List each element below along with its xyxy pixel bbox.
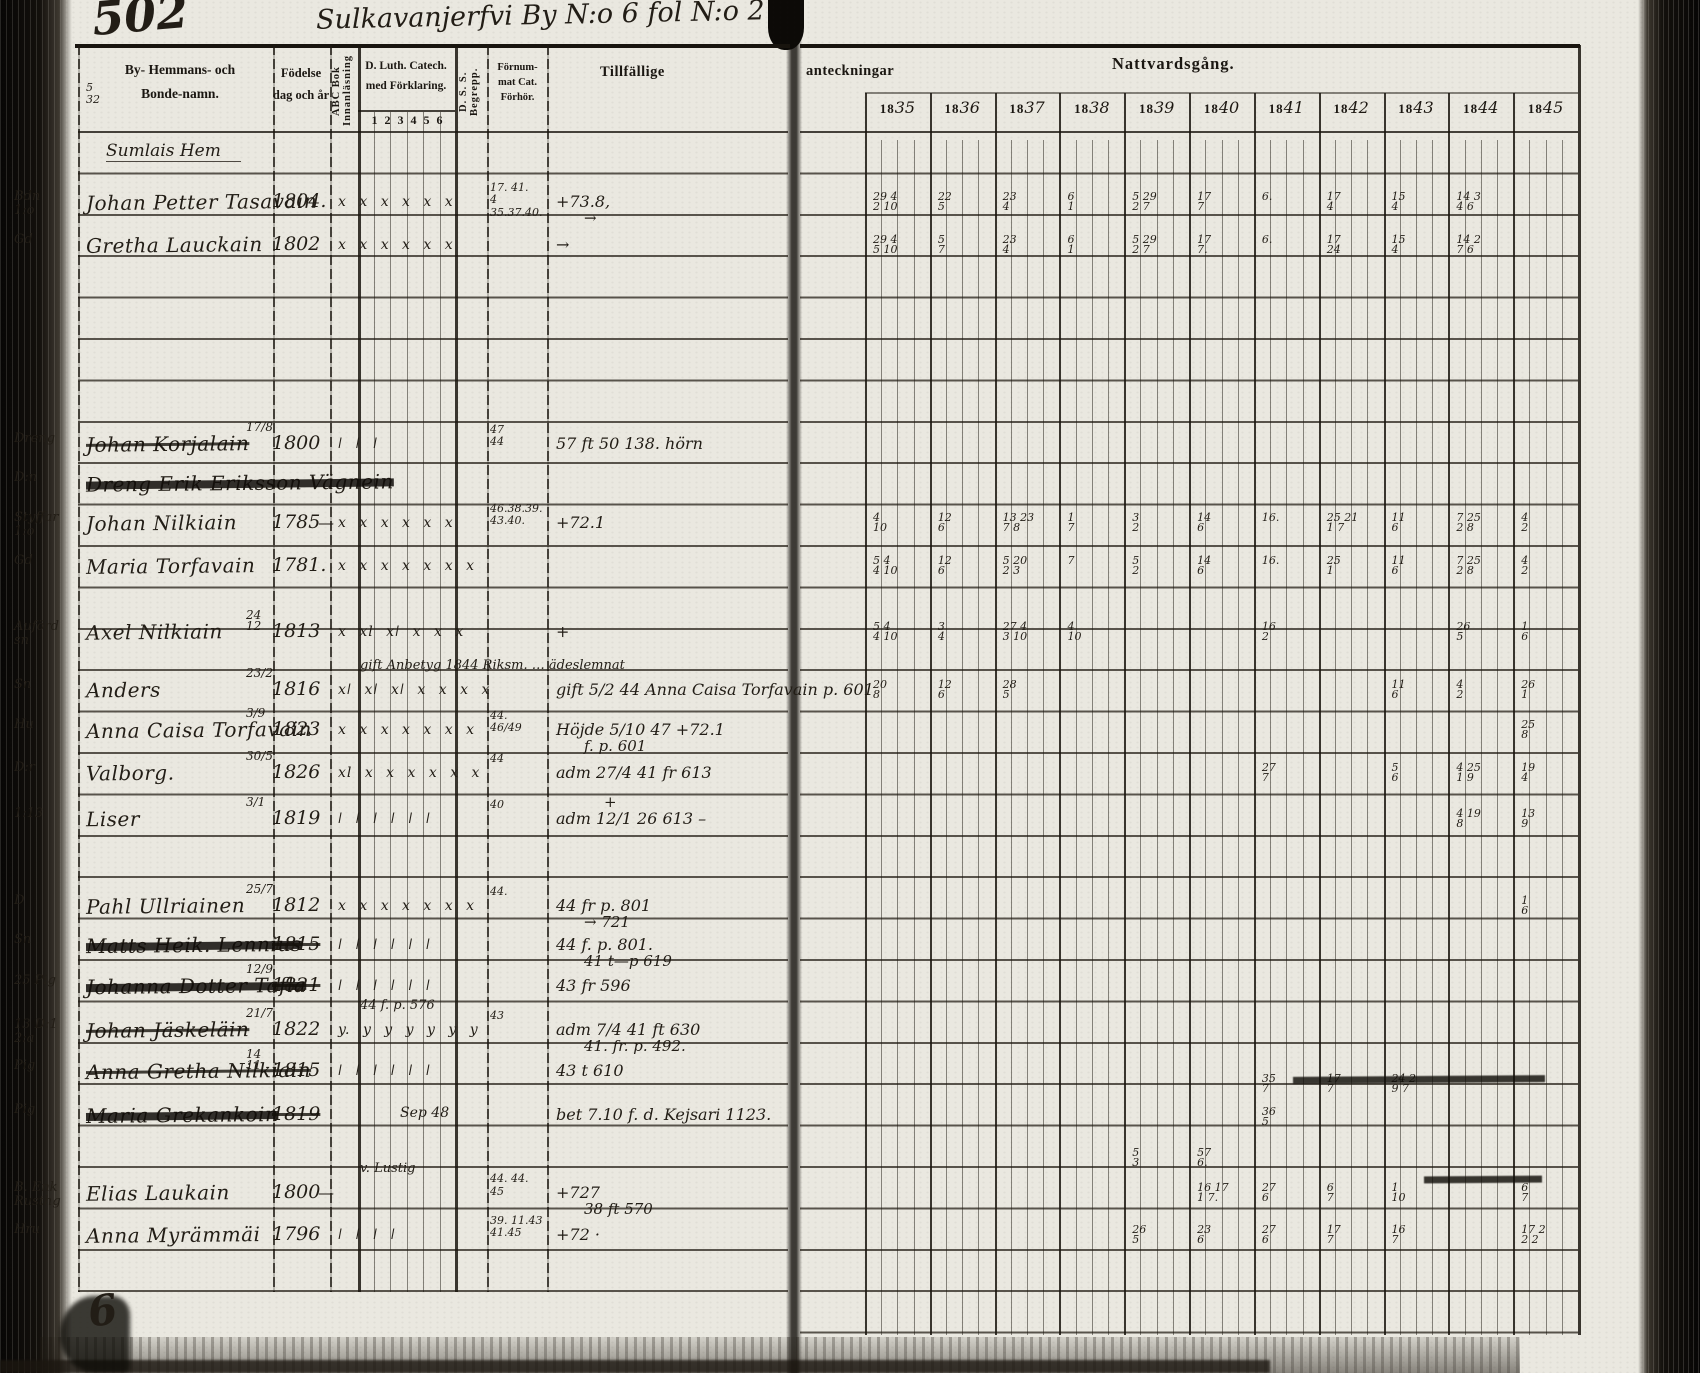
entry-margin-label: Auförd sn <box>14 620 82 648</box>
communion-date-mark: 1 7 <box>1067 513 1074 533</box>
year-subcolumn-line <box>1238 140 1239 1335</box>
communion-date-mark: 7 25 2 8 <box>1456 513 1481 533</box>
communion-date-mark: 17 24 <box>1327 235 1341 255</box>
year-label-print: 18 <box>880 101 895 116</box>
entry-note-above: 44 f. p. 576 <box>360 998 435 1013</box>
entry-birth-fraction: 3/9 <box>246 708 265 719</box>
year-label: 1840 <box>1189 98 1254 118</box>
entry-birth-year: 1826 <box>272 761 320 783</box>
year-subcolumn-line <box>1303 140 1304 1335</box>
year-column-line <box>930 93 932 1335</box>
entry-catechism-marks: ǀ ǀ ǀ <box>338 436 488 452</box>
communion-date-mark: 4 19 8 <box>1456 809 1481 829</box>
entry-catechism-marks: ǀ ǀ ǀ ǀ ǀ ǀ <box>338 1063 488 1079</box>
communion-date-mark: 5 7 <box>938 235 945 255</box>
scanned-ledger-page: 502 Sulkavanjerfvi By N:o 6 fol N:o 2 By… <box>0 0 1700 1373</box>
communion-date-mark: 29 4 5 10 <box>873 235 898 255</box>
entry-note: +72.1 <box>556 513 605 532</box>
communion-date-mark: 4 10 <box>1067 622 1081 642</box>
communion-date-mark: 27 6 <box>1262 1225 1276 1245</box>
year-label-script: 44 <box>1478 98 1498 117</box>
entry-name: Matts Heik. Lennius <box>86 932 302 958</box>
year-label: 1842 <box>1319 98 1384 118</box>
entry-note: adm 12/1 26 613 – <box>556 809 706 828</box>
entry-birth-year: 1821 <box>272 974 320 996</box>
communion-date-mark: 12 6 <box>938 680 952 700</box>
entry-margin-label: Gd <box>14 233 82 247</box>
year-subcolumn-line <box>1400 140 1401 1335</box>
entry-name: Dreng Erik Eriksson Vägnein <box>86 470 394 497</box>
entry-forhor-years: 39. 11.43 41.45 <box>490 1215 552 1240</box>
entry-note: 43 t 610 <box>556 1061 624 1080</box>
communion-date-mark: 4 10 <box>873 513 887 533</box>
entry-birth-fraction: 21/7 <box>246 1008 273 1019</box>
entry-note: 43 fr 596 <box>556 976 631 995</box>
communion-date-mark: 25 8 <box>1521 720 1535 740</box>
communion-date-mark: 16 7 <box>1392 1225 1406 1245</box>
entry-margin-label: D:n <box>14 471 82 485</box>
year-label-print: 18 <box>1074 101 1089 116</box>
communion-date-mark: 27 7 <box>1262 763 1276 783</box>
communion-date-mark: 6. <box>1262 192 1273 202</box>
year-subcolumn-line <box>1335 140 1336 1335</box>
entry-name: Liser <box>86 806 140 831</box>
year-label-print: 18 <box>1269 101 1284 116</box>
entry-note-second-line: f. p. 601 <box>584 737 646 755</box>
entry-birth-year: 1813 <box>272 620 320 642</box>
year-subcolumn-line <box>1027 140 1028 1335</box>
communion-date-mark: 3 4 <box>938 622 945 642</box>
entry-name: Anna Myrämmäi <box>86 1222 261 1248</box>
communion-date-mark: 14 2 7 6 <box>1456 235 1481 255</box>
entry-catechism-marks: x x x x x x <box>338 194 488 210</box>
entry-catechism-marks: xl x x x x x x <box>338 765 488 781</box>
year-label-print: 18 <box>945 101 960 116</box>
entry-forhor-years: 46.38.39. 43.40. <box>490 503 552 528</box>
entry-birth-year: 1822 <box>272 1018 320 1040</box>
communion-date-mark: 20 8 <box>873 680 887 700</box>
year-subcolumn-line <box>1351 140 1352 1335</box>
communion-date-mark: 27 6 <box>1262 1183 1276 1203</box>
communion-date-mark: 17 2 2 2 <box>1521 1225 1546 1245</box>
entry-forhor-years: 40 <box>490 799 552 812</box>
entry-name: Gretha Lauckain <box>86 232 263 258</box>
year-subcolumn-line <box>1076 140 1077 1335</box>
entry-abc-mark: — <box>318 1183 334 1202</box>
year-label-script: 39 <box>1154 98 1174 117</box>
communion-date-mark: 26 5 <box>1132 1225 1146 1245</box>
communion-date-mark: 1 10 <box>1392 1183 1406 1203</box>
entry-name: Axel Nilkiain <box>86 620 223 645</box>
entry-note-second-line: → <box>584 209 597 227</box>
communion-date-mark: 22 5 <box>938 192 952 212</box>
communion-date-mark: 5 29 2 7 <box>1132 235 1157 255</box>
entry-margin-label: Sn <box>14 678 82 692</box>
communion-date-mark: 7 <box>1067 556 1074 566</box>
year-label-script: 45 <box>1543 98 1563 117</box>
entry-margin-label: Dreng <box>14 432 82 446</box>
entry-catechism-marks: ǀ ǀ ǀ ǀ ǀ ǀ <box>338 978 488 994</box>
year-label: 1836 <box>930 98 995 118</box>
communion-date-mark: 13 23 7 8 <box>1003 513 1035 533</box>
entry-birth-year: 1819 <box>272 1103 320 1125</box>
entry-margin-label: D <box>14 894 82 908</box>
entry-note-above: gift Anbetyg 1844 Riksm. … ädeslemnat <box>360 658 625 673</box>
entry-note: +72 · <box>556 1225 600 1244</box>
year-label-print: 18 <box>1009 101 1024 116</box>
entry-birth-year: 1819 <box>272 807 320 829</box>
year-subcolumn-line <box>962 140 963 1335</box>
entry-note: bet 7.10 f. d. Kejsari 1123. <box>556 1105 771 1124</box>
year-subcolumn-line <box>1270 140 1271 1335</box>
year-subcolumn-line <box>978 140 979 1335</box>
communion-date-mark: 19 4 <box>1521 763 1535 783</box>
communion-date-mark: 57 6. <box>1197 1148 1211 1168</box>
year-subcolumn-line <box>1043 140 1044 1335</box>
communion-date-mark: 16 2 <box>1262 622 1276 642</box>
communion-date-mark: 13 9 <box>1521 809 1535 829</box>
year-column-line <box>1384 93 1386 1335</box>
communion-date-mark: 28 5 <box>1003 680 1017 700</box>
entry-note: gift 5/2 44 Anna Caisa Torfavain p. 601 <box>556 680 874 699</box>
entry-birth-year: 1785 <box>272 511 320 533</box>
year-column-line <box>1513 93 1515 1335</box>
year-label: 1839 <box>1124 98 1189 118</box>
year-label: 1843 <box>1384 98 1449 118</box>
entry-name: Maria Torfavain <box>86 553 256 579</box>
communion-date-mark: 11 6 <box>1392 680 1406 700</box>
entry-birth-year: 1781. <box>272 554 326 576</box>
communion-date-mark: 11 6 <box>1392 556 1406 576</box>
year-label: 1835 <box>865 98 930 118</box>
entry-note: → <box>556 235 569 254</box>
entry-margin-label: Bdn 1:o <box>14 190 82 218</box>
communion-date-mark: 11 6 <box>1392 513 1406 533</box>
communion-date-mark: 5 29 2 7 <box>1132 192 1157 212</box>
year-label-print: 18 <box>1528 101 1543 116</box>
entry-margin-label: Sn <box>14 933 82 947</box>
year-column-line <box>1254 93 1256 1335</box>
entry-birth-year: 1812 <box>272 894 320 916</box>
communion-date-mark: 15 4 <box>1392 192 1406 212</box>
year-subcolumn-line <box>1092 140 1093 1335</box>
year-subcolumn-line <box>1173 140 1174 1335</box>
entry-catechism-marks: x xl xǀ x x x <box>338 624 488 640</box>
communion-date-mark: 6 1 <box>1067 235 1074 255</box>
communion-date-mark: 27 4 3 10 <box>1003 622 1028 642</box>
entry-margin-label: 1:13 <box>14 807 82 821</box>
entry-birth-year: 1800 <box>272 432 320 454</box>
entry-margin-label: Styffar 1:o <box>14 511 82 539</box>
communion-date-mark: 15 4 <box>1392 235 1406 255</box>
year-subcolumn-line <box>1465 140 1466 1335</box>
communion-date-mark: 6. <box>1262 235 1273 245</box>
entry-margin-label: 13 D:1 2:a <box>14 1018 82 1046</box>
communion-date-mark: 5 4 4 10 <box>873 556 898 576</box>
year-column-line <box>1578 45 1581 1335</box>
communion-date-mark: 5 20 2 3 <box>1003 556 1028 576</box>
entry-catechism-note: Sep 48 <box>400 1105 449 1121</box>
year-column-line <box>1124 93 1126 1335</box>
year-column-line <box>995 93 997 1335</box>
year-label-script: 37 <box>1024 98 1044 117</box>
entry-note-above: v. Lustig <box>360 1161 415 1176</box>
communion-date-mark: 6 7 <box>1327 1183 1334 1203</box>
communion-date-mark: 6 1 <box>1067 192 1074 212</box>
entry-catechism-marks: x x x x x x x <box>338 558 488 574</box>
entry-forhor-years: 44. 44. 45 <box>490 1173 552 1198</box>
year-subcolumn-line <box>881 140 882 1335</box>
communion-date-mark: 23 6 <box>1197 1225 1211 1245</box>
entry-birth-year: 1823 <box>272 718 320 740</box>
year-subcolumn-line <box>946 140 947 1335</box>
entry-birth-year: 1796 <box>272 1223 320 1245</box>
entry-catechism-marks: ǀ ǀ ǀ ǀ ǀ ǀ <box>338 937 488 953</box>
communion-date-mark: 4 2 <box>1456 680 1463 700</box>
communion-date-mark: 23 4 <box>1003 192 1017 212</box>
communion-date-mark: 36 5 <box>1262 1107 1276 1127</box>
communion-date-mark: 16. <box>1262 513 1280 523</box>
year-label-script: 40 <box>1219 98 1239 117</box>
year-label: 1838 <box>1059 98 1124 118</box>
communion-date-mark: 23 4 <box>1003 235 1017 255</box>
year-subcolumn-line <box>1546 140 1547 1335</box>
communion-date-mark: 26 5 <box>1456 622 1470 642</box>
entry-note: + <box>556 622 569 641</box>
year-subcolumn-line <box>1286 140 1287 1335</box>
communion-date-mark: 14 6 <box>1197 556 1211 576</box>
communion-date-mark: 29 4 2 10 <box>873 192 898 212</box>
entry-note-second-line: 41. fr. p. 492. <box>584 1037 686 1055</box>
entry-forhor-years: 47 44 <box>490 424 552 449</box>
entry-margin-label: Gd <box>14 554 82 568</box>
communion-date-mark: 16 17 1 7. <box>1197 1183 1229 1203</box>
entry-forhor-years: 44 <box>490 753 552 766</box>
entry-birth-year: 1804. <box>272 190 326 212</box>
entry-name: Anders <box>86 678 161 703</box>
entry-birth-year: 1802 <box>272 233 320 255</box>
stray-ink-mark: 6 <box>85 1284 121 1337</box>
entry-margin-label: B. Enk Rusthg <box>14 1181 82 1209</box>
entry-birth-fraction: 30/5 <box>246 751 273 762</box>
communion-date-mark: 17 4 <box>1327 192 1341 212</box>
communion-date-mark: 12 6 <box>938 513 952 533</box>
year-label-script: 36 <box>960 98 980 117</box>
entry-note-second-line: 41 t—p 619 <box>584 952 672 970</box>
stray-strike-line <box>1424 1176 1542 1184</box>
year-label-print: 18 <box>1139 101 1154 116</box>
year-label-script: 43 <box>1413 98 1433 117</box>
year-subcolumn-line <box>1432 140 1433 1335</box>
year-label-script: 38 <box>1089 98 1109 117</box>
communion-date-mark: 14 6 <box>1197 513 1211 533</box>
year-label-print: 18 <box>1463 101 1478 116</box>
entry-margin-label: 25 Pig <box>14 974 82 988</box>
communion-date-mark: 1 6 <box>1521 622 1528 642</box>
year-label-print: 18 <box>1204 101 1219 116</box>
communion-date-mark: 4 2 <box>1521 556 1528 576</box>
communion-date-mark: 7 25 2 8 <box>1456 556 1481 576</box>
year-column-line <box>1448 93 1450 1335</box>
year-label-script: 41 <box>1284 98 1304 117</box>
year-subcolumn-line <box>897 140 898 1335</box>
year-subcolumn-line <box>1497 140 1498 1335</box>
communion-date-mark: 25 21 1 7 <box>1327 513 1359 533</box>
year-label: 1841 <box>1254 98 1319 118</box>
communion-date-mark: 25 1 <box>1327 556 1341 576</box>
year-label: 1844 <box>1448 98 1513 118</box>
entry-name: Pahl Ullriainen <box>86 893 245 919</box>
communion-date-mark: 14 3 4 6 <box>1456 192 1481 212</box>
entry-birth-year: 1815 <box>272 1059 320 1081</box>
entry-birth-year: 1816 <box>272 678 320 700</box>
year-label: 1845 <box>1513 98 1578 118</box>
entry-catechism-marks: x x x x x x <box>338 237 488 253</box>
entry-forhor-years: 44. 46/49 <box>490 710 552 735</box>
communion-date-mark: 17 7 <box>1327 1225 1341 1245</box>
entry-birth-year: 1800 <box>272 1181 320 1203</box>
stray-strike-line <box>1293 1075 1545 1084</box>
entry-catechism-marks: x x x x x x x <box>338 722 488 738</box>
handwritten-entries-layer: 1835183618371838183918401841184218431844… <box>0 0 1700 1373</box>
year-column-line <box>1189 93 1191 1335</box>
entry-birth-year: 1815 <box>272 933 320 955</box>
communion-date-mark: 17 7 <box>1197 192 1211 212</box>
year-column-line <box>865 93 867 1335</box>
year-subcolumn-line <box>1562 140 1563 1335</box>
entry-catechism-marks: y. y y y y y y <box>338 1022 488 1038</box>
entry-name: Valborg. <box>86 761 175 786</box>
year-label-print: 18 <box>1398 101 1413 116</box>
entry-margin-label: D:r <box>14 761 82 775</box>
year-subcolumn-line <box>1222 140 1223 1335</box>
communion-date-mark: 12 6 <box>938 556 952 576</box>
entry-name: Johan Korjalain <box>86 431 250 457</box>
entry-birth-fraction: 17/8 <box>246 422 273 433</box>
communion-date-mark: 4 2 <box>1521 513 1528 533</box>
entry-catechism-marks: xǀ xǀ xǀ x x x x <box>338 682 488 698</box>
year-subcolumn-line <box>1481 140 1482 1335</box>
communion-date-mark: 5 4 4 10 <box>873 622 898 642</box>
communion-date-mark: 3 2 <box>1132 513 1139 533</box>
communion-date-mark: 4 25 1 9 <box>1456 763 1481 783</box>
entry-name: Maria Grekankoin <box>86 1102 279 1128</box>
communion-date-mark: 16. <box>1262 556 1280 566</box>
entry-catechism-marks: ǀ ǀ ǀ ǀ ǀ ǀ <box>338 811 488 827</box>
communion-date-mark: 35 7 <box>1262 1074 1276 1094</box>
communion-date-mark: 5 3 <box>1132 1148 1139 1168</box>
year-label-script: 35 <box>895 98 915 117</box>
entry-birth-fraction: 23/2 <box>246 668 273 679</box>
entry-forhor-years: 44. <box>490 886 552 899</box>
communion-date-mark: 26 1 <box>1521 680 1535 700</box>
entry-birth-fraction: 3/1 <box>246 797 265 808</box>
entry-catechism-marks: x x x x x x <box>338 515 488 531</box>
entry-name: Johan Jäskeläin <box>86 1017 250 1043</box>
communion-date-mark: 6 7 <box>1521 1183 1528 1203</box>
year-column-line <box>1059 93 1061 1335</box>
year-label: 1837 <box>995 98 1060 118</box>
entry-abc-mark: — <box>318 513 334 532</box>
entry-birth-fraction: 24 12 <box>246 610 261 632</box>
entry-forhor-years: 17. 41. 4 35.37.40. <box>490 182 552 220</box>
year-subcolumn-line <box>1011 140 1012 1335</box>
entry-margin-label: Hru <box>14 1223 82 1237</box>
entry-birth-fraction: 14 11 <box>246 1049 261 1071</box>
year-label-script: 42 <box>1348 98 1368 117</box>
entry-birth-fraction: 25/7 <box>246 884 273 895</box>
entry-name: Elias Laukain <box>86 1181 230 1207</box>
year-subcolumn-line <box>1367 140 1368 1335</box>
year-subcolumn-line <box>1108 140 1109 1335</box>
entry-note: adm 27/4 41 fr 613 <box>556 763 712 782</box>
entry-margin-label: Pig <box>14 1059 82 1073</box>
entry-catechism-marks: ǀ ǀ ǀ ǀ <box>338 1227 488 1243</box>
entry-note: 57 ft 50 138. hörn <box>556 434 703 453</box>
communion-date-mark: 1 6 <box>1521 896 1528 916</box>
year-subcolumn-line <box>914 140 915 1335</box>
year-subcolumn-line <box>1157 140 1158 1335</box>
entry-note-second-line: → 721 <box>584 913 630 931</box>
entry-catechism-marks: x x x x x x x <box>338 898 488 914</box>
entry-note-second-line: 38 ft 570 <box>584 1200 653 1218</box>
entry-margin-label: Pig <box>14 1103 82 1117</box>
entry-margin-label: Hu <box>14 718 82 732</box>
communion-date-mark: 5 6 <box>1392 763 1399 783</box>
entry-forhor-years: 43 <box>490 1010 552 1023</box>
year-subcolumn-line <box>1140 140 1141 1335</box>
year-subcolumn-line <box>1416 140 1417 1335</box>
entry-birth-fraction: 12/9 <box>246 964 273 975</box>
year-column-line <box>1319 93 1321 1335</box>
communion-date-mark: 17 7. <box>1197 235 1211 255</box>
year-label-print: 18 <box>1333 101 1348 116</box>
entry-name: Johan Nilkiain <box>86 510 237 536</box>
communion-date-mark: 5 2 <box>1132 556 1139 576</box>
